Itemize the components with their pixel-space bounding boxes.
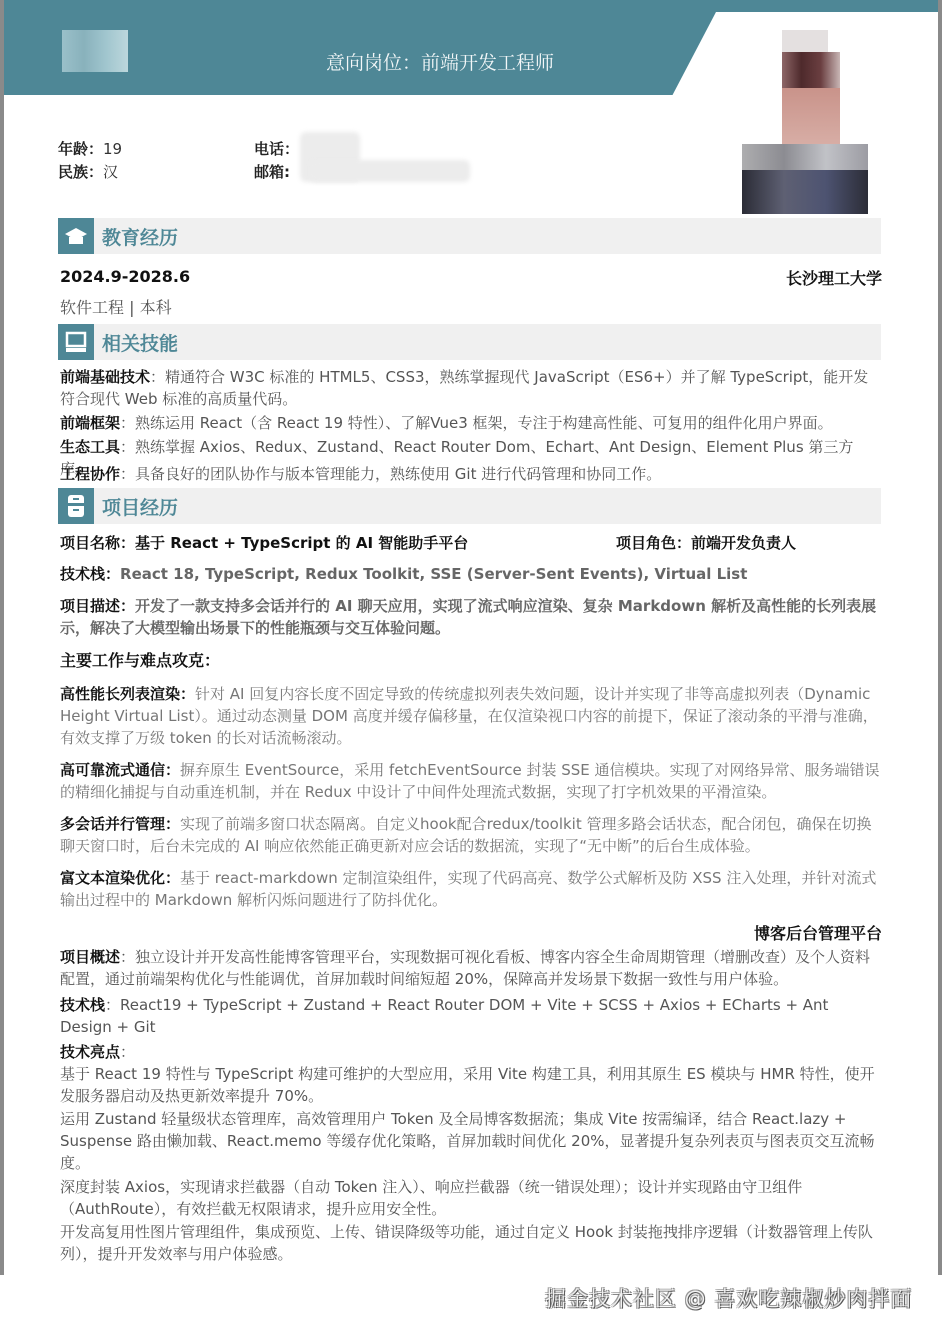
section-skills-header: 相关技能 [58,324,881,360]
education-school: 长沙理工大学 [786,266,882,289]
highlight-item: 基于 React 19 特性与 TypeScript 构建可维护的大型应用，采用… [60,1063,882,1107]
ethnicity-field: 民族：汉 [58,161,118,182]
email-field: 邮箱: [254,161,290,182]
education-period: 2024.9-2028.6 [60,266,882,288]
project2-name: 博客后台管理平台 [754,921,882,944]
project2-overview: 项目概述：独立设计并开发高性能博客管理平台，实现数据可视化看板、博客内容全生命周… [60,946,882,990]
work-item: 高可靠流式通信：摒弃原生 EventSource，采用 fetchEventSo… [60,759,882,803]
age-field: 年龄：19 [58,138,122,159]
project2-highlights-label: 技术亮点： [60,1041,882,1063]
section-projects-header: 项目经历 [58,488,881,524]
project1-stack: 技术栈：React 18, TypeScript, Redux Toolkit,… [60,563,882,585]
watermark: 掘金技术社区 @ 喜欢吃辣椒炒肉拌面 [545,1283,912,1313]
work-item: 高性能长列表渲染：针对 AI 回复内容长度不固定导致的传统虚拟列表失效问题，设计… [60,683,882,749]
avatar-photo-blurred [742,30,868,210]
work-item: 富文本渲染优化：基于 react-markdown 定制渲染组件，实现了代码高亮… [60,867,882,911]
project2-stack: 技术栈：React19 + TypeScript + Zustand + Rea… [60,994,882,1038]
section-title: 相关技能 [102,329,178,356]
graduation-cap-icon [58,218,94,254]
project1-desc: 项目描述：开发了一款支持多会话并行的 AI 聊天应用，实现了流式响应渲染、复杂 … [60,595,882,639]
phone-field: 电话： [254,138,299,159]
skill-item: 前端基础技术：精通符合 W3C 标准的 HTML5、CSS3，熟练掌握现代 Ja… [60,366,882,410]
skill-item: 前端框架：熟练运用 React（含 React 19 特性）、了解Vue3 框架… [60,412,882,434]
section-title: 项目经历 [102,493,178,520]
email-blurred [310,160,470,182]
skill-item: 工程协作：具备良好的团队协作与版本管理能力，熟练使用 Git 进行代码管理和协同… [60,463,882,485]
project1-role: 项目角色：前端开发负责人 [616,532,886,554]
section-title: 教育经历 [102,223,178,250]
project1-work-title: 主要工作与难点攻克： [60,650,882,672]
page-edge-right [938,0,942,1275]
highlight-item: 运用 Zustand 轻量级状态管理库，高效管理用户 Token 及全局博客数据… [60,1108,882,1174]
education-major: 软件工程 | 本科 [60,297,882,319]
work-item: 多会话并行管理：实现了前端多窗口状态隔离。自定义hook配合redux/tool… [60,813,882,857]
name-blurred [62,30,128,72]
highlight-item: 开发高复用性图片管理组件，集成预览、上传、错误降级等功能，通过自定义 Hook … [60,1221,882,1265]
briefcase-icon [58,488,94,524]
highlight-item: 深度封装 Axios，实现请求拦截器（自动 Token 注入）、响应拦截器（统一… [60,1176,882,1220]
computer-icon [58,324,94,360]
page-edge-left [0,0,4,1275]
target-position: 意向岗位：前端开发工程师 [250,48,630,75]
section-education-header: 教育经历 [58,218,881,254]
